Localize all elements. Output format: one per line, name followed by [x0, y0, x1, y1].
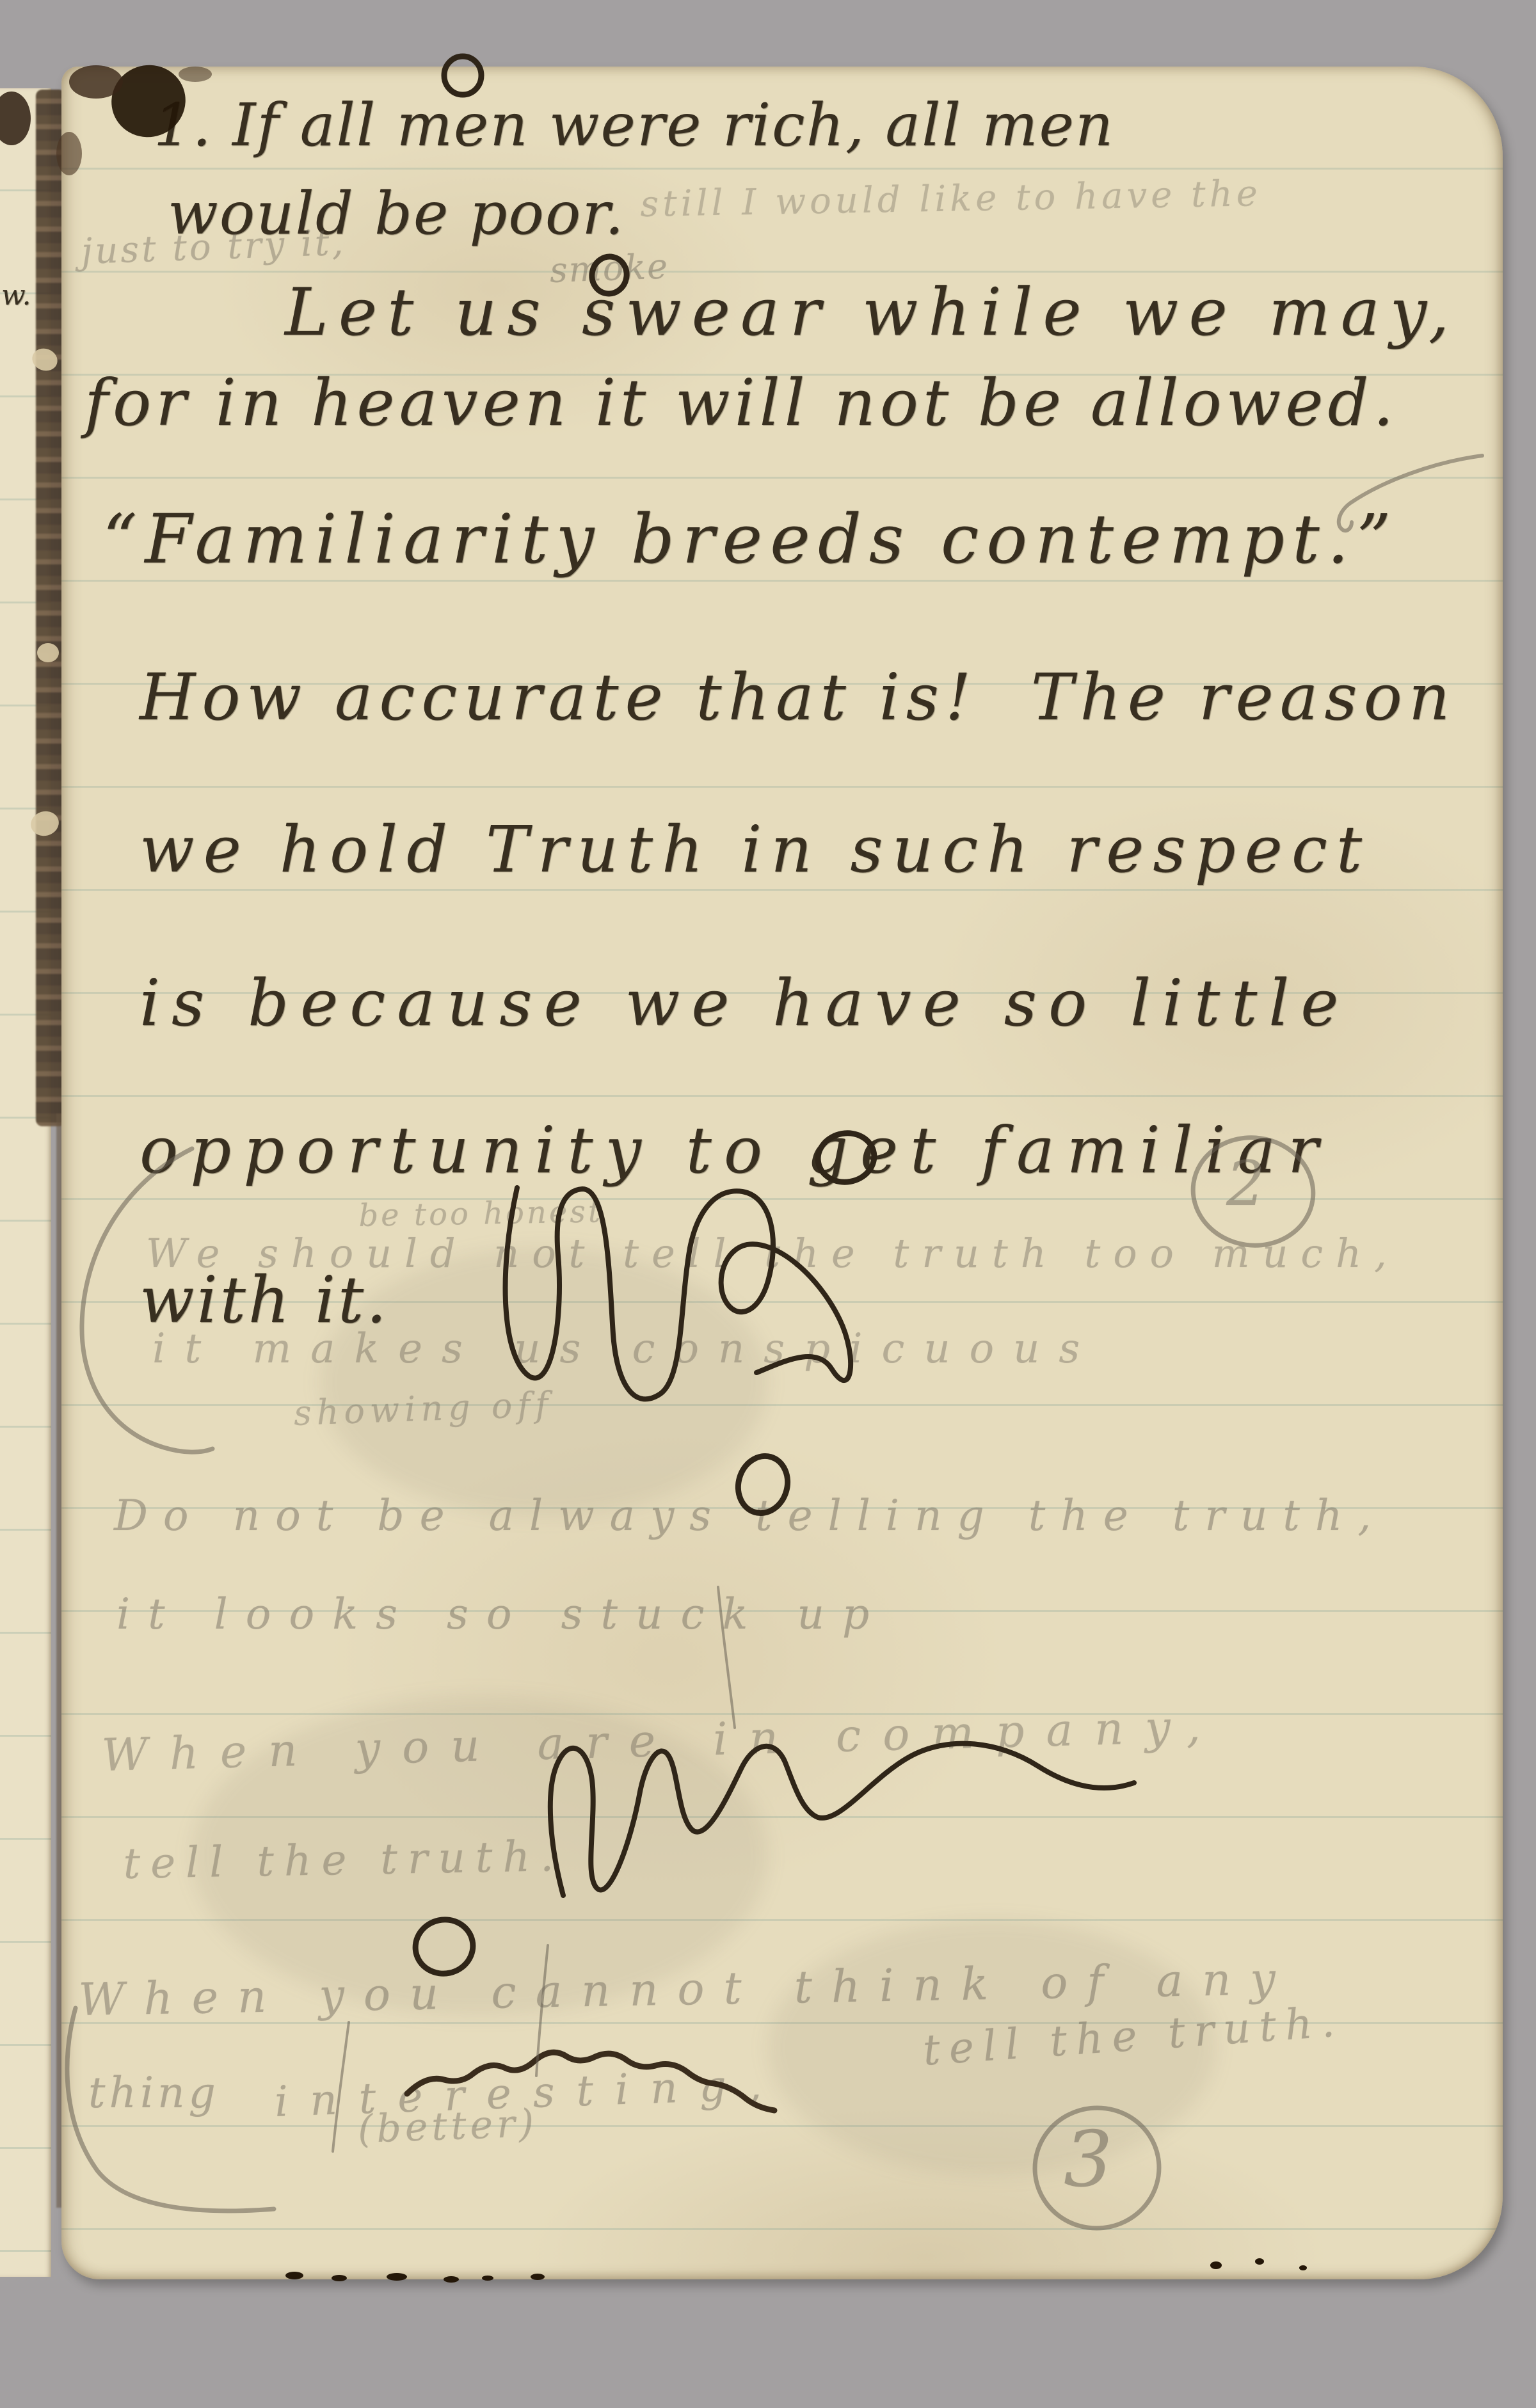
pencil-word-better: (better)	[357, 2104, 538, 2149]
pencil-line-showing-off: showing off	[293, 1387, 554, 1431]
pencil-note-margin: just to try it,	[81, 225, 346, 270]
ink-line-3: Let us swear while we may,	[285, 280, 1459, 346]
pencil-line-we-should: We should not tell the truth too much,	[146, 1234, 1400, 1273]
ink-line-4: for in heaven it will not be allowed.	[84, 371, 1398, 435]
pencil-note-smoke: smoke	[549, 250, 669, 288]
ink-line-9: opportunity to get familiar	[140, 1119, 1331, 1183]
ink-line-1: 1. If all men were rich, all men	[154, 96, 1114, 155]
pencil-word-thing: thing	[88, 2072, 220, 2114]
ink-line-8: is because we have so little	[140, 971, 1350, 1035]
stub-text-fragment: w.	[1, 282, 31, 310]
ink-line-5-quote: “Familiarity breeds contempt.”	[102, 506, 1398, 573]
pencil-line-do-not: Do not be always telling the truth,	[114, 1495, 1386, 1537]
ink-line-6: How accurate that is! The reason	[140, 666, 1456, 730]
circled-page-number-2: 2	[1226, 1153, 1265, 1215]
scanned-notebook-photo: 1. If all men were rich, all men would b…	[0, 0, 1536, 2408]
pencil-insertion: be too honest	[358, 1196, 604, 1231]
circled-page-number-3: 3	[1064, 2122, 1112, 2199]
pencil-line-it-looks: it looks so stuck up	[116, 1593, 887, 1636]
pencil-line-tell-truth-1: tell the truth.	[123, 1835, 564, 1885]
binding-thread	[37, 643, 59, 662]
ink-line-10: with it.	[140, 1268, 389, 1332]
ink-line-7: we hold Truth in such respect	[140, 818, 1371, 882]
pencil-note-still: still I would like to have the	[640, 176, 1261, 223]
pencil-line-it-makes: it makes us conspicuous	[152, 1328, 1099, 1369]
